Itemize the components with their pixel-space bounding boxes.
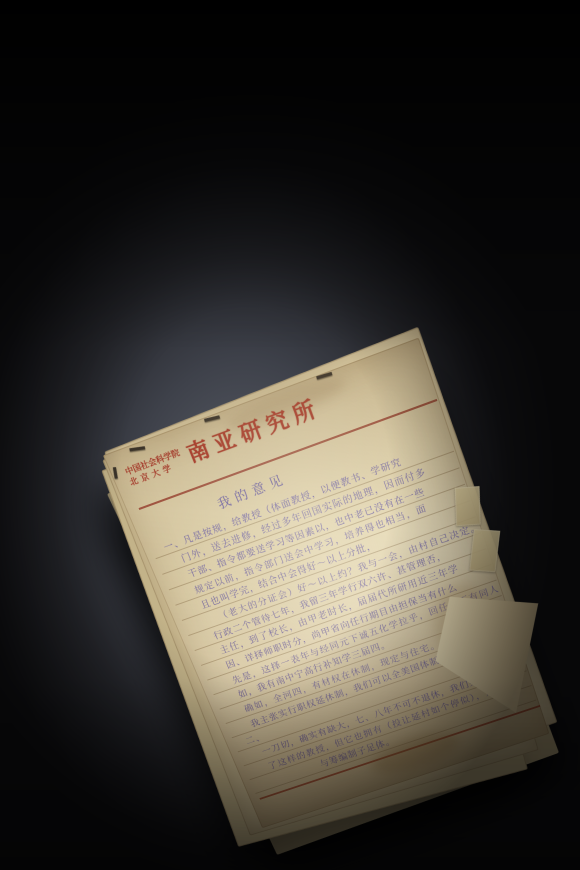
institute-name: 南亚研究所: [184, 396, 324, 466]
tape-patch: [455, 486, 481, 526]
tape-patch: [469, 529, 500, 572]
manuscript-page: 中国社会科学院 北京大学 南亚研究所 我的意见 一、凡是按规，给教授（体面教授，…: [103, 338, 549, 829]
document-stack: 中国社会科学院 北京大学 南亚研究所 我的意见 一、凡是按规，给教授（体面教授，…: [103, 338, 549, 829]
letterhead-org-names: 中国社会科学院 北京大学: [124, 448, 186, 488]
photo-scene: 中国社会科学院 北京大学 南亚研究所 我的意见 一、凡是按规，给教授（体面教授，…: [0, 0, 580, 870]
staple: [113, 467, 117, 479]
staple: [204, 415, 220, 422]
staple: [129, 446, 145, 451]
